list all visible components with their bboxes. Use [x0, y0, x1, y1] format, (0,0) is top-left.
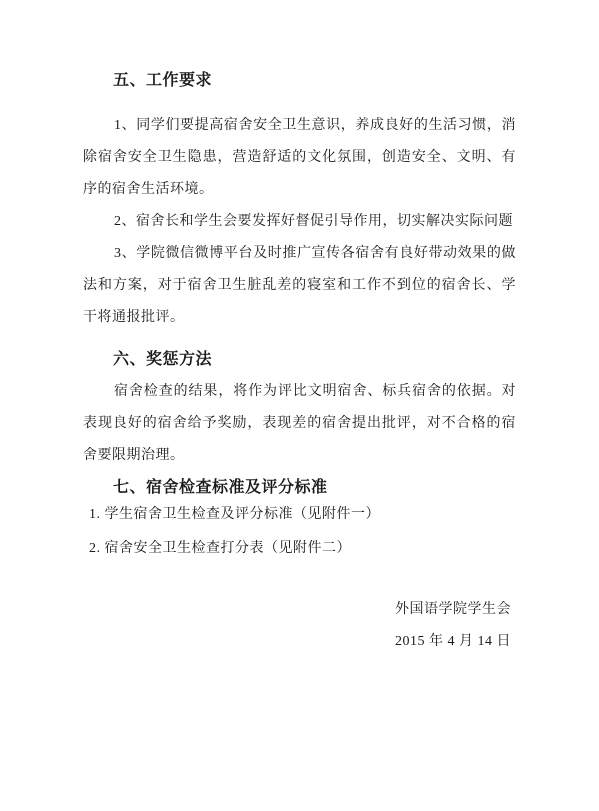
section-reward-punishment: 六、奖惩方法 宿舍检查的结果，将作为评比文明宿舍、标兵宿舍的依据。对表现良好的宿…	[83, 344, 516, 472]
document-page: 五、工作要求 1、同学们要提高宿舍安全卫生意识，养成良好的生活习惯，消除宿舍安全…	[0, 0, 599, 811]
attachment-item-1: 1. 学生宿舍卫生检查及评分标准（见附件一）	[89, 498, 516, 532]
paragraph-wechat-weibo-promotion: 3、学院微信微博平台及时推广宣传各宿舍有良好带动效果的做法和方案，对于宿舍卫生脏…	[83, 238, 516, 334]
paragraph-raise-awareness: 1、同学们要提高宿舍安全卫生意识，养成良好的生活习惯，消除宿舍安全卫生隐患，营造…	[83, 110, 516, 206]
attachment-list: 1. 学生宿舍卫生检查及评分标准（见附件一） 2. 宿舍安全卫生检查打分表（见附…	[83, 498, 516, 566]
paragraph-dorm-leaders-supervision: 2、宿舍长和学生会要发挥好督促引导作用，切实解决实际问题	[83, 206, 516, 238]
section-heading-work-requirements: 五、工作要求	[83, 65, 516, 97]
section-work-requirements: 五、工作要求 1、同学们要提高宿舍安全卫生意识，养成良好的生活习惯，消除宿舍安全…	[83, 65, 516, 334]
signature-date: 2015 年 4 月 14 日	[395, 626, 511, 658]
attachment-item-2: 2. 宿舍安全卫生检查打分表（见附件二）	[89, 532, 516, 566]
section-inspection-standards: 七、宿舍检查标准及评分标准 1. 学生宿舍卫生检查及评分标准（见附件一） 2. …	[83, 472, 516, 566]
section-heading-reward-punishment: 六、奖惩方法	[83, 344, 516, 376]
signature-block: 外国语学院学生会 2015 年 4 月 14 日	[395, 594, 511, 658]
signature-organization: 外国语学院学生会	[395, 594, 511, 626]
paragraph-inspection-results-basis: 宿舍检查的结果，将作为评比文明宿舍、标兵宿舍的依据。对表现良好的宿舍给予奖励，表…	[83, 376, 516, 472]
